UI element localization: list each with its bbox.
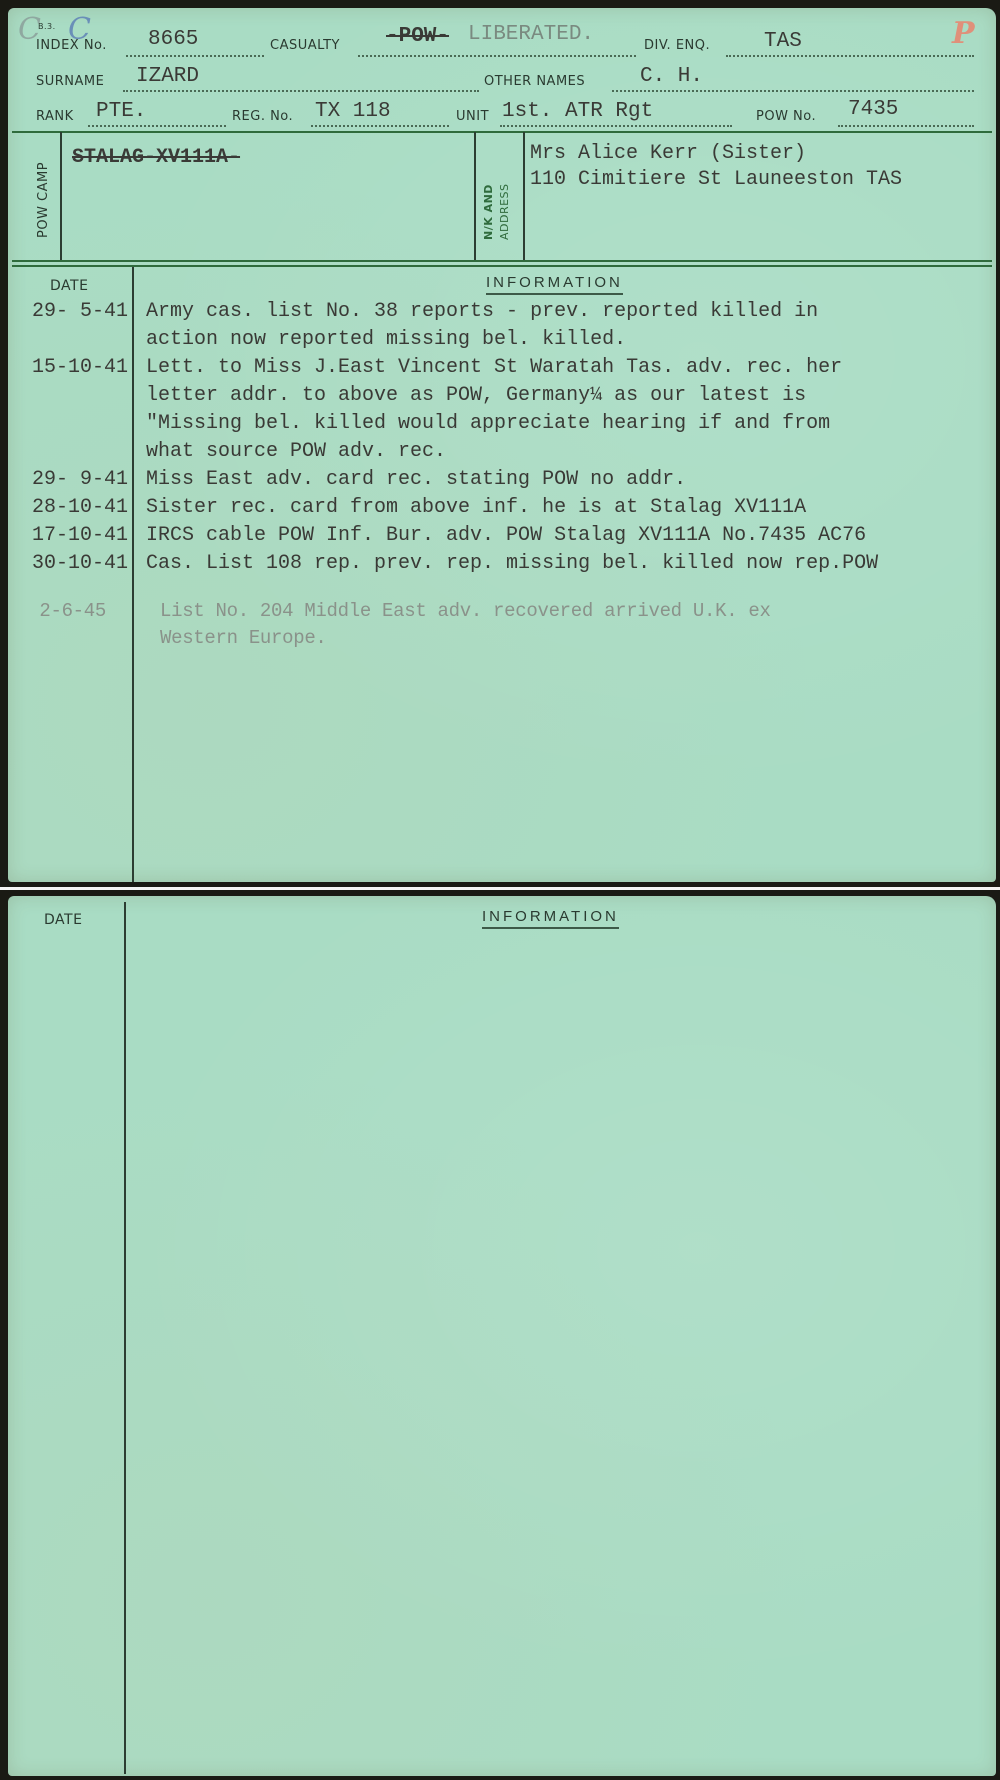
nk-divider-right <box>523 132 525 260</box>
date-header: DATE <box>50 278 88 294</box>
entry-text: Miss East adv. card rec. stating POW no … <box>146 466 996 494</box>
information-header: INFORMATION <box>486 274 623 295</box>
surname-value: IZARD <box>136 65 199 88</box>
rank-label: RANK <box>36 109 74 124</box>
other-names-value: C. H. <box>640 65 703 88</box>
nk-label-1: N/K AND <box>482 184 495 240</box>
pow-no-label: POW No. <box>756 109 816 124</box>
entry-text: Cas. List 108 rep. prev. rep. missing be… <box>146 550 996 578</box>
double-rule-top <box>12 260 992 262</box>
corner-mark: P <box>952 16 975 51</box>
casualty-value: LIBERATED. <box>468 23 594 46</box>
date-header: DATE <box>44 912 82 928</box>
nk-divider-left <box>474 132 476 260</box>
casualty-struck: -POW- <box>386 25 449 48</box>
entry-text: Sister rec. card from above inf. he is a… <box>146 494 996 522</box>
entry-date: 15-10-41 <box>10 354 128 382</box>
div-eng-label: DIV. ENQ. <box>644 38 710 53</box>
index-label: INDEX No. <box>36 38 107 53</box>
entry-date: 29- 5-41 <box>10 298 128 326</box>
other-names-label: OTHER NAMES <box>484 74 585 89</box>
nk-address: 110 Cimitiere St Launeeston TAS <box>530 168 902 191</box>
entry-text: Lett. to Miss J.East Vincent St Waratah … <box>146 354 996 466</box>
information-header: INFORMATION <box>482 908 619 929</box>
unit-label: UNIT <box>456 109 489 124</box>
index-value: 8665 <box>148 28 198 51</box>
pow-no-value: 7435 <box>848 98 898 121</box>
date-column-divider <box>132 267 134 882</box>
card-front: C C B.3. P INDEX No. 8665 CASUALTY -POW-… <box>8 8 996 882</box>
entry-date: 2-6-45 <box>10 598 106 625</box>
reg-no-label: REG. No. <box>232 109 293 124</box>
form-code: B.3. <box>38 22 56 31</box>
unit-value: 1st. ATR Rgt <box>502 100 653 123</box>
card-back: DATE INFORMATION <box>8 896 996 1776</box>
date-column-divider <box>124 902 126 1774</box>
reg-no-value: TX 118 <box>315 100 391 123</box>
pow-camp-divider <box>60 132 62 260</box>
entry-text: IRCS cable POW Inf. Bur. adv. POW Stalag… <box>146 522 996 550</box>
header-rule <box>12 131 992 133</box>
entry-date: 28-10-41 <box>10 494 128 522</box>
nk-name: Mrs Alice Kerr (Sister) <box>530 142 806 165</box>
entry-date: 17-10-41 <box>10 522 128 550</box>
casualty-label: CASUALTY <box>270 38 340 53</box>
entry-date: 30-10-41 <box>10 550 128 578</box>
entry-date: 29- 9-41 <box>10 466 128 494</box>
card-separator <box>0 887 1000 890</box>
nk-label-2: ADDRESS <box>498 183 511 240</box>
div-eng-value: TAS <box>764 30 802 53</box>
rank-value: PTE. <box>96 100 146 123</box>
double-rule-bottom <box>12 265 992 267</box>
pow-camp-label: POW CAMP <box>36 162 51 238</box>
surname-label: SURNAME <box>36 74 104 89</box>
entry-text: List No. 204 Middle East adv. recovered … <box>160 598 1000 652</box>
pow-camp-value: STALAG-XV111A- <box>72 146 240 169</box>
entry-text: Army cas. list No. 38 reports - prev. re… <box>146 298 996 354</box>
